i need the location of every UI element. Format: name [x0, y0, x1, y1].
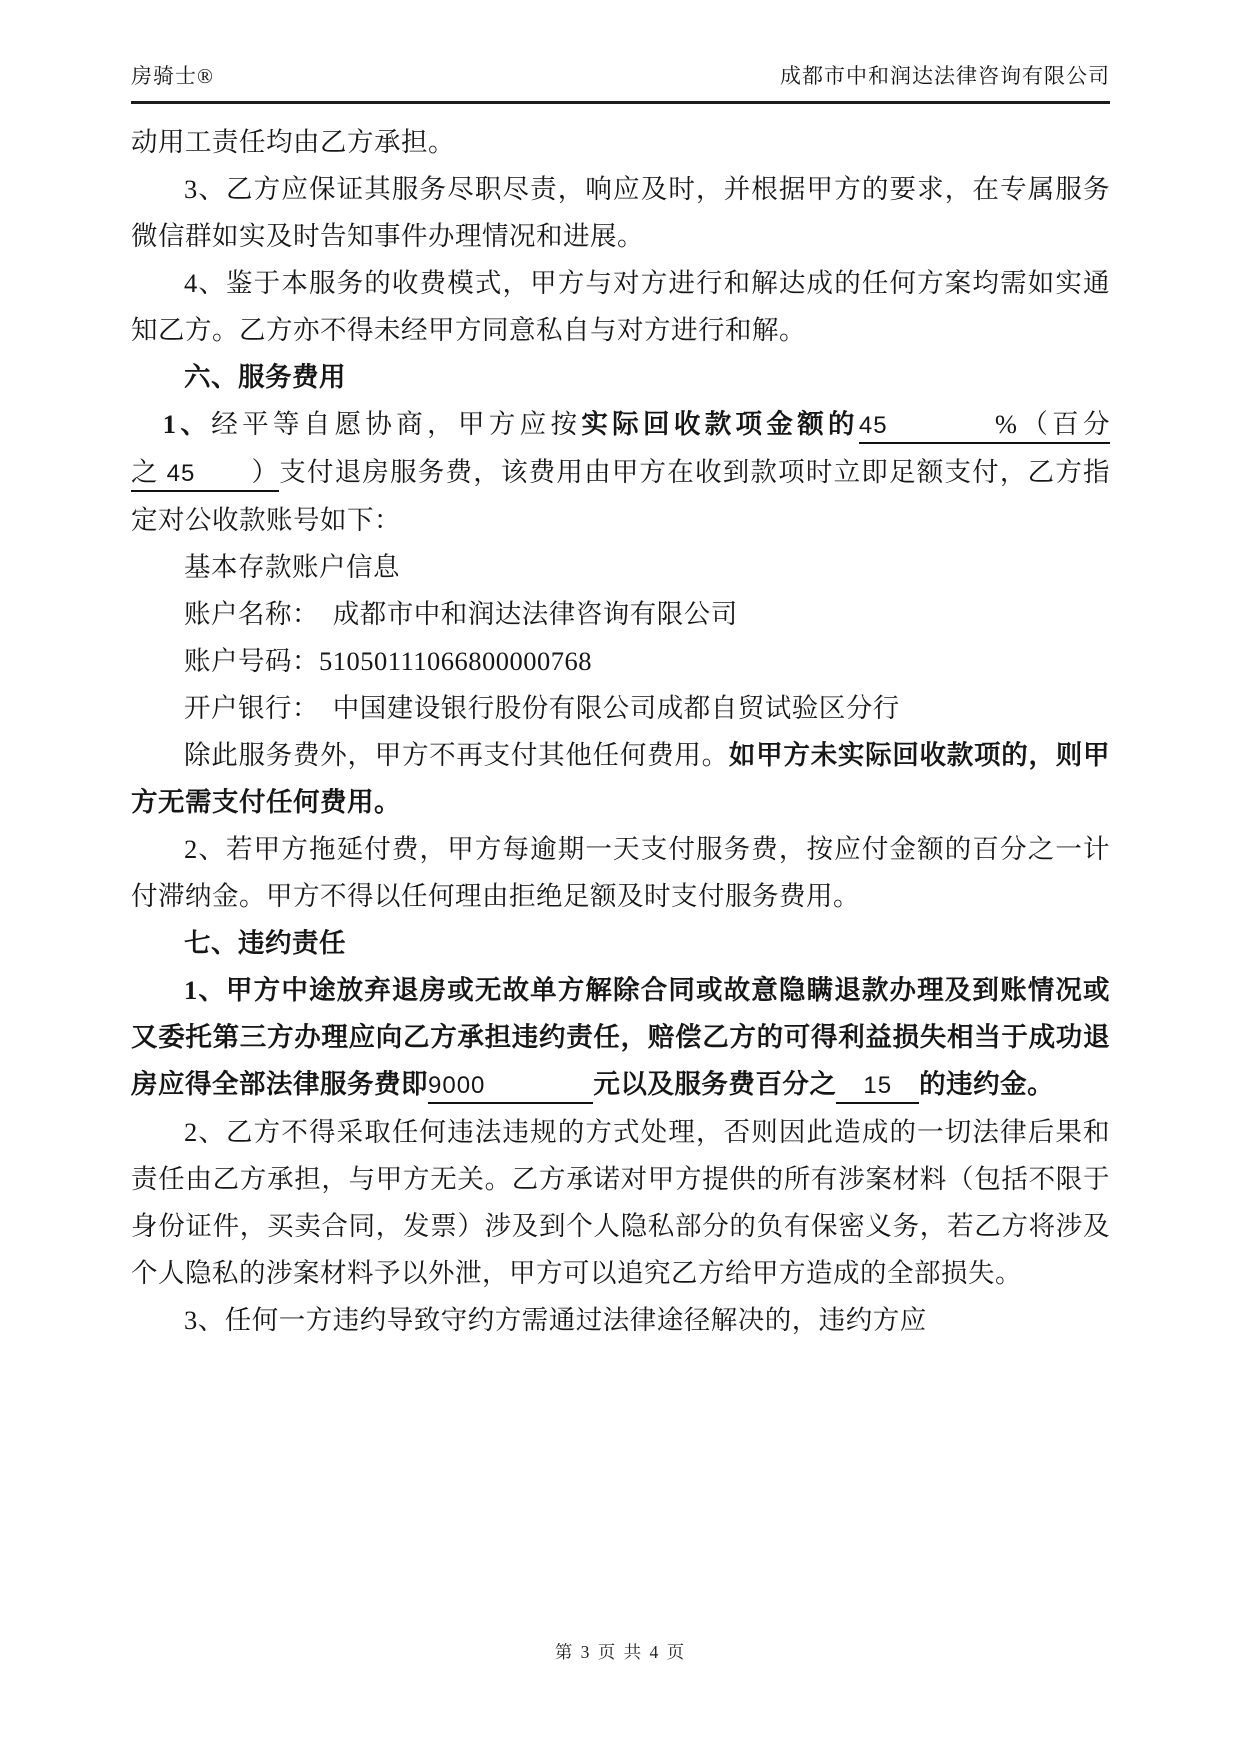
text-run: 账户名称： 成都市中和润达法律咨询有限公司 — [184, 599, 738, 629]
para-breach-clause-3: 3、任何一方违约导致守约方需通过法律途径解决的，违约方应 — [131, 1297, 1110, 1344]
text-run: 4、鉴于本服务的收费模式，甲方与对方进行和解达成的任何方案均需如实通知乙方。乙方… — [131, 268, 1110, 345]
company-name: 成都市中和润达法律咨询有限公司 — [780, 64, 1110, 89]
text-run: 元以 — [593, 1069, 647, 1099]
fill-in-blank — [159, 457, 167, 492]
fill-in-value: 9000 — [428, 1072, 485, 1104]
brand-name: 房骑士® — [131, 64, 214, 89]
page-number: 第 3 页 共 4 页 — [0, 1639, 1241, 1664]
text-run: 七、违约责任 — [184, 928, 346, 958]
fill-in-blank — [892, 1069, 919, 1104]
heading-section-7-breach-liability: 七、违约责任 — [131, 920, 1110, 967]
text-run: 账户号码：51050111066800000768 — [184, 646, 592, 676]
text-run: 1、 — [163, 409, 211, 439]
text-run: 及服务费百分之 — [647, 1069, 836, 1099]
page-header: 房骑士® 成都市中和润达法律咨询有限公司 — [131, 0, 1110, 104]
fill-in-value: 45 — [859, 412, 888, 444]
text-run: 3、乙方应保证其服务尽职尽责，响应及时，并根据甲方的要求，在专属服务微信群如实及… — [131, 174, 1110, 251]
text-run: 经平等自愿协商，甲方应按 — [211, 409, 581, 439]
text-run: 的违约金。 — [919, 1069, 1054, 1099]
document-body: 动用工责任均由乙方承担。3、乙方应保证其服务尽职尽责，响应及时，并根据甲方的要求… — [131, 119, 1110, 1344]
para-clause-5-4: 4、鉴于本服务的收费模式，甲方与对方进行和解达成的任何方案均需如实通知乙方。乙方… — [131, 260, 1110, 354]
fill-in-blank — [888, 409, 995, 444]
text-run: 基本存款账户信息 — [184, 552, 400, 582]
para-account-name: 账户名称： 成都市中和润达法律咨询有限公司 — [131, 591, 1110, 638]
text-run: 实际回收款项金额的 — [581, 409, 859, 439]
text-run: 2、若甲方拖延付费，甲方每逾期一天支付服务费，按应付金额的百分之一计付滞纳金。甲… — [131, 834, 1110, 911]
para-account-number: 账户号码：51050111066800000768 — [131, 638, 1110, 685]
para-clause-5-3: 3、乙方应保证其服务尽职尽责，响应及时，并根据甲方的要求，在专属服务微信群如实及… — [131, 166, 1110, 260]
text-run: 六、服务费用 — [184, 362, 346, 392]
para-account-info-title: 基本存款账户信息 — [131, 544, 1110, 591]
fill-in-blank: ） — [251, 457, 279, 492]
para-breach-clause-1: 1、甲方中途放弃退房或无故单方解除合同或故意隐瞒退款办理及到账情况或又委托第三方… — [131, 967, 1110, 1109]
heading-section-6-service-fee: 六、服务费用 — [131, 354, 1110, 401]
para-bank-name: 开户银行： 中国建设银行股份有限公司成都自贸试验区分行 — [131, 685, 1110, 732]
text-run: 2、乙方不得采取任何违法违规的方式处理，否则因此造成的一切法律后果和责任由乙方承… — [131, 1117, 1110, 1288]
text-run: 除此服务费外，甲方不再支付其他任何费用。 — [184, 740, 729, 770]
text-run: 开户银行： 中国建设银行股份有限公司成都自贸试验区分行 — [184, 693, 900, 723]
fill-in-blank — [195, 457, 251, 492]
fill-in-blank — [836, 1069, 863, 1104]
text-run: 3、任何一方违约导致守约方需通过法律途径解决的，违约方应 — [184, 1305, 927, 1335]
fill-in-value: 45 — [167, 460, 196, 492]
fill-in-value: 15 — [863, 1072, 892, 1104]
para-fee-exclusion: 除此服务费外，甲方不再支付其他任何费用。如甲方未实际回收款项的，则甲方无需支付任… — [131, 732, 1110, 826]
para-fee-clause-1: 1、经平等自愿协商，甲方应按实际回收款项金额的45 %（百分之 45 ）支付退房… — [131, 401, 1110, 544]
para-labor-liability-continuation: 动用工责任均由乙方承担。 — [131, 119, 1110, 166]
text-run: 动用工责任均由乙方承担。 — [131, 127, 455, 157]
para-fee-clause-2: 2、若甲方拖延付费，甲方每逾期一天支付服务费，按应付金额的百分之一计付滞纳金。甲… — [131, 826, 1110, 920]
fill-in-blank — [485, 1069, 593, 1104]
contract-page: 房骑士® 成都市中和润达法律咨询有限公司 动用工责任均由乙方承担。3、乙方应保证… — [0, 0, 1241, 1754]
para-breach-clause-2: 2、乙方不得采取任何违法违规的方式处理，否则因此造成的一切法律后果和责任由乙方承… — [131, 1109, 1110, 1297]
